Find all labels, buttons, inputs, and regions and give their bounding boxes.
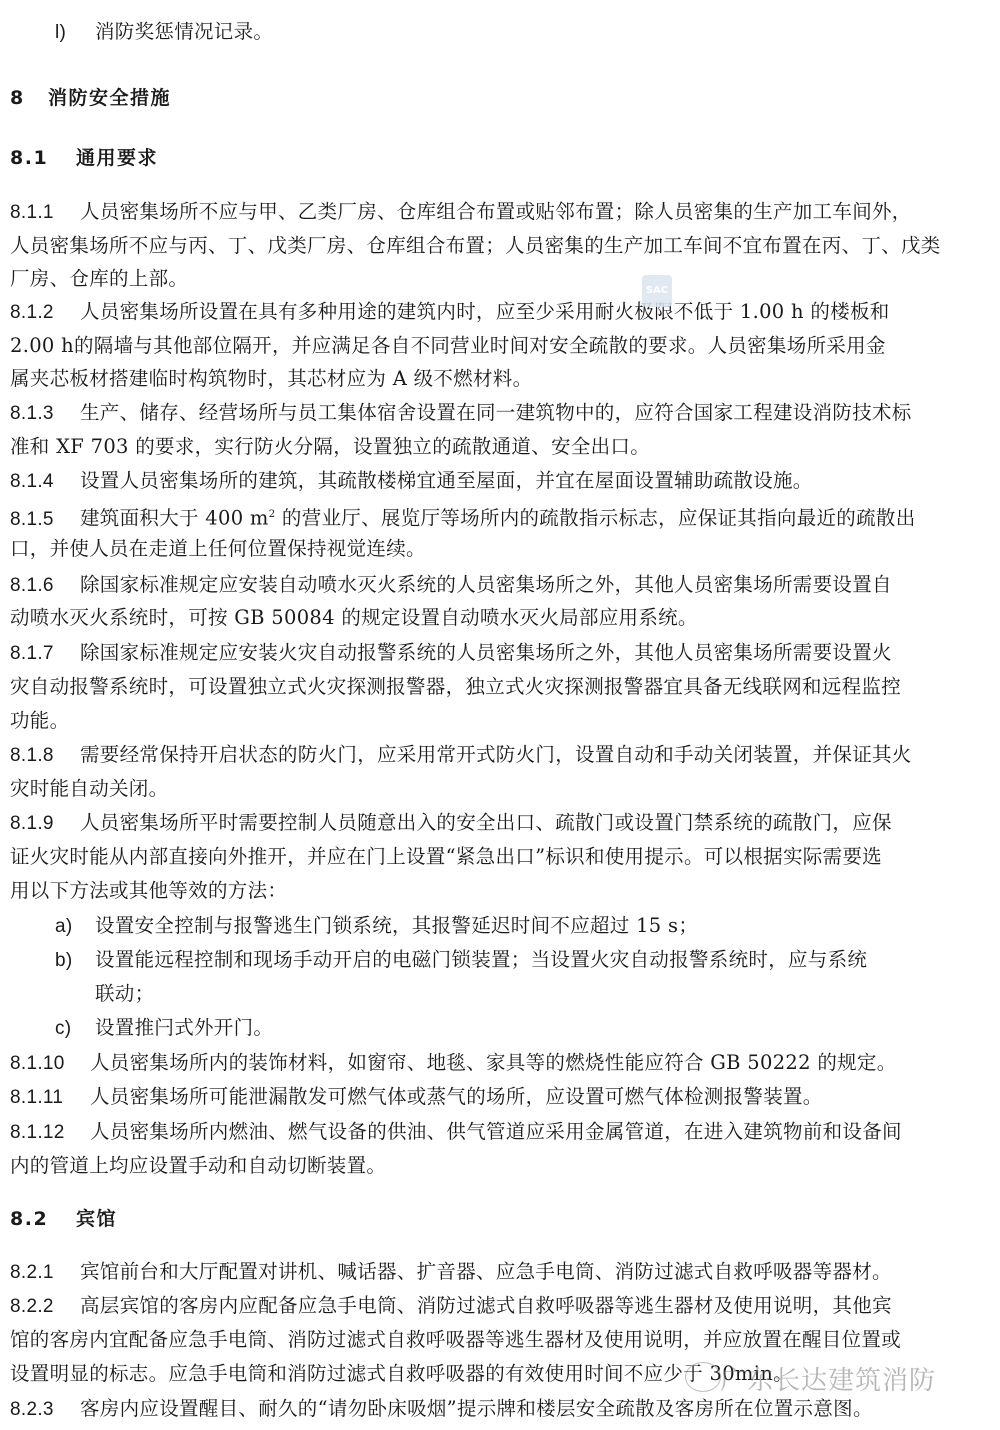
- clause-line: 证火灾时能从内部直接向外推开，并应在门上设置“紧急出口”标识和使用提示。可以根据…: [10, 845, 882, 869]
- clause-8-1-10: 8.1.10人员密集场所内的装饰材料，如窗帘、地毯、家具等的燃烧性能应符合 GB…: [10, 1051, 897, 1076]
- clause-8-1-2: 8.1.2人员密集场所设置在具有多种用途的建筑内时，应至少采用耐火极限不低于 1…: [10, 300, 890, 325]
- section-heading-8-2: 8.2宾馆: [10, 1207, 117, 1231]
- clause-8-2-3: 8.2.3客房内应设置醒目、耐久的“请勿卧床吸烟”提示牌和楼层安全疏散及客房所在…: [10, 1397, 873, 1422]
- sublist-item-a: a)设置安全控制与报警逃生门锁系统，其报警延迟时间不应超过 15 s；: [55, 914, 698, 939]
- clause-8-2-1: 8.2.1宾馆前台和大厅配置对讲机、喊话器、扩音器、应急手电筒、消防过滤式自救呼…: [10, 1260, 892, 1285]
- clause-line: 人员密集场所不应与丙、丁、戊类厂房、仓库组合布置；人员密集的生产加工车间不宜布置…: [10, 234, 941, 258]
- clause-line: 灾时能自动关闭。: [10, 777, 168, 801]
- clause-8-1-12: 8.1.12人员密集场所内燃油、燃气设备的供油、供气管道应采用金属管道，在进入建…: [10, 1120, 902, 1145]
- clause-line: 准和 XF 703 的要求，实行防火分隔，设置独立的疏散通道、安全出口。: [10, 435, 650, 459]
- clause-8-1-1: 8.1.1人员密集场所不应与甲、乙类厂房、仓库组合布置或贴邻布置；除人员密集的生…: [10, 200, 912, 225]
- clause-line: 口，并使人员在走道上任何位置保持视觉连续。: [10, 537, 426, 561]
- clause-8-1-8: 8.1.8需要经常保持开启状态的防火门，应采用常开式防火门，设置自动和手动关闭装…: [10, 743, 912, 768]
- sac-watermark: SAC: [642, 275, 672, 307]
- list-item-l: l)消防奖惩情况记录。: [55, 20, 273, 45]
- section-heading-8-1: 8.1通用要求: [10, 146, 158, 170]
- clause-8-1-4: 8.1.4设置人员密集场所的建筑，其疏散楼梯宜通至屋面，并宜在屋面设置辅助疏散设…: [10, 469, 813, 494]
- clause-8-2-2: 8.2.2高层宾馆的客房内应配备应急手电筒、消防过滤式自救呼吸器等逃生器材及使用…: [10, 1294, 892, 1319]
- clause-line: 内的管道上均应设置手动和自动切断装置。: [10, 1154, 386, 1178]
- brand-watermark: 广东长达建筑消防: [720, 1360, 936, 1397]
- clause-line: 功能。: [10, 709, 69, 733]
- clause-line: 属夹芯板材搭建临时构筑物时，其芯材应为 A 级不燃材料。: [10, 367, 532, 391]
- clause-8-1-9: 8.1.9人员密集场所平时需要控制人员随意出入的安全出口、疏散门或设置门禁系统的…: [10, 811, 892, 836]
- clause-8-1-5: 8.1.5建筑面积大于 400 m2 的营业厅、展览厅等场所内的疏散指示标志，应…: [10, 503, 916, 532]
- clause-line: 灾自动报警系统时，可设置独立式火灾探测报警器，独立式火灾探测报警器宜具备无线联网…: [10, 675, 901, 699]
- clause-8-1-11: 8.1.11人员密集场所可能泄漏散发可燃气体或蒸气的场所，应设置可燃气体检测报警…: [10, 1085, 823, 1110]
- clause-line: 厂房、仓库的上部。: [10, 267, 188, 291]
- sublist-item-b: b)设置能远程控制和现场手动开启的电磁门锁装置；当设置火灾自动报警系统时，应与系…: [55, 948, 867, 973]
- sublist-item-c: c)设置推闩式外开门。: [55, 1016, 273, 1041]
- wechat-icon: [685, 1362, 721, 1392]
- clause-8-1-7: 8.1.7除国家标准规定应安装火灾自动报警系统的人员密集场所之外，其他人员密集场…: [10, 641, 892, 666]
- clause-line: 设置明显的标志。应急手电筒和消防过滤式自救呼吸器的有效使用时间不应少于 30mi…: [10, 1362, 793, 1386]
- clause-8-1-3: 8.1.3生产、储存、经营场所与员工集体宿舍设置在同一建筑物中的，应符合国家工程…: [10, 401, 912, 426]
- sublist-item-b-cont: 联动；: [95, 982, 154, 1006]
- section-heading-8: 8消防安全措施: [10, 86, 171, 110]
- clause-line: 馆的客房内宜配备应急手电筒、消防过滤式自救呼吸器等逃生器材及使用说明，并应放置在…: [10, 1328, 901, 1352]
- clause-8-1-6: 8.1.6除国家标准规定应安装自动喷水灭火系统的人员密集场所之外，其他人员密集场…: [10, 573, 892, 598]
- clause-line: 2.00 h的隔墙与其他部位隔开，并应满足各自不同营业时间对安全疏散的要求。人员…: [10, 334, 886, 358]
- clause-line: 动喷水灭火系统时，可按 GB 50084 的规定设置自动喷水灭火局部应用系统。: [10, 606, 698, 630]
- clause-line: 用以下方法或其他等效的方法：: [10, 879, 287, 903]
